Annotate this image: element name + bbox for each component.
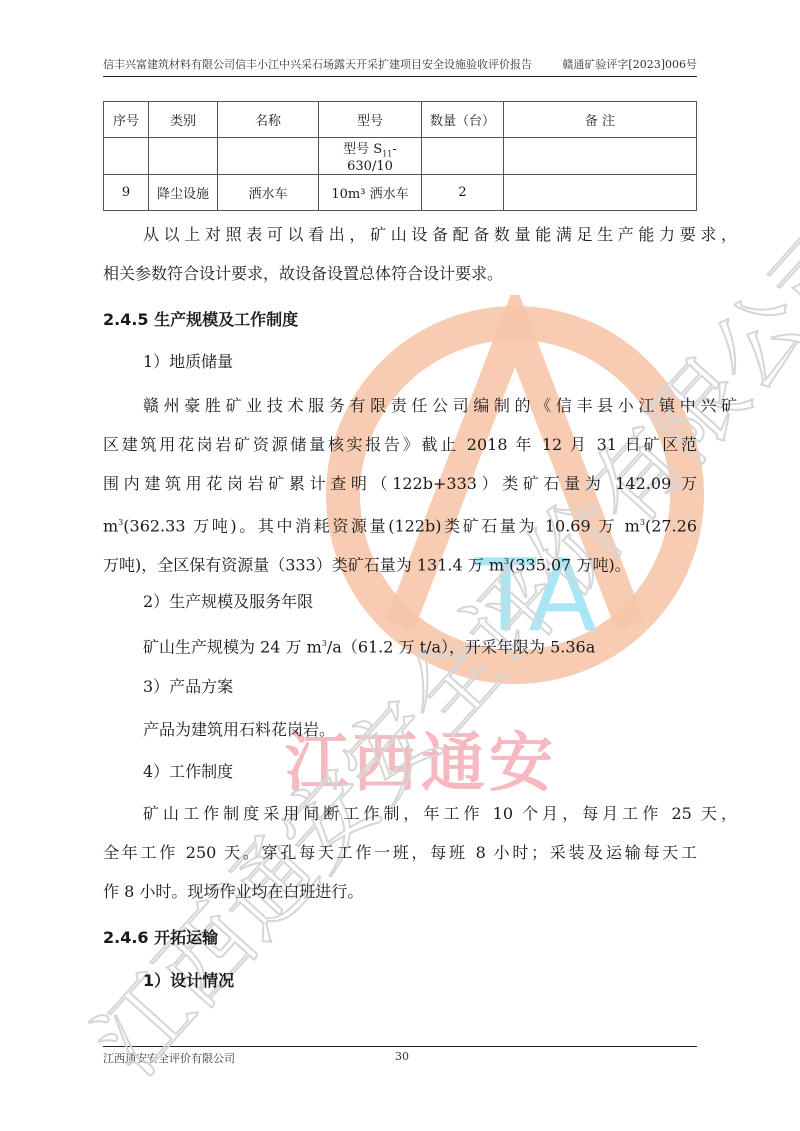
paragraph-line: 产品为建筑用石料花岗岩。	[103, 720, 737, 740]
col-header: 型号	[319, 102, 422, 138]
page-number: 30	[395, 1050, 409, 1063]
col-header: 名称	[218, 102, 319, 138]
model-prefix: 型号 S	[343, 142, 382, 157]
cell-note	[504, 174, 697, 210]
col-header: 数量（台）	[422, 102, 504, 138]
paragraph-line: 矿山生产规模为 24 万 m3/a（61.2 万 t/a），开采年限为 5.36…	[103, 634, 737, 657]
cell-model: 10m³ 洒水车	[319, 174, 422, 210]
subsection-title: 4）工作制度	[103, 762, 737, 782]
page-header: 信丰兴富建筑材料有限公司信丰小江中兴采石场露天开采扩建项目安全设施验收评价报告 …	[103, 52, 697, 77]
cell-qty: 2	[422, 174, 504, 210]
text: /a（61.2 万 t/a），开采年限为 5.36a	[327, 637, 595, 656]
cell-name: 洒水车	[218, 174, 319, 210]
footer-company: 江西通安安全评价有限公司	[103, 1052, 235, 1065]
col-header: 备 注	[504, 102, 697, 138]
paragraph-line: 万吨)，全区保有资源量（333）类矿石量为 131.4 万 m3(335.07 …	[103, 552, 697, 575]
paragraph-line: 矿山工作制度采用间断工作制，年工作 10 个月，每月工作 25 天，	[103, 804, 737, 824]
text: 矿山生产规模为 24 万 m	[143, 637, 322, 656]
equipment-table: 序号 类别 名称 型号 数量（台） 备 注 型号 S11-630/10 9 降尘…	[103, 101, 697, 211]
subsection-title: 1）地质储量	[103, 352, 737, 372]
paragraph-line: 作 8 小时。现场作业均在白班进行。	[103, 882, 697, 902]
cell-category: 降尘设施	[149, 174, 218, 210]
col-header: 序号	[104, 102, 149, 138]
paragraph-line: 赣州豪胜矿业技术服务有限责任公司编制的《信丰县小江镇中兴矿	[103, 396, 737, 416]
cell-no	[104, 138, 149, 175]
paragraph-line: 全年工作 250 天。穿孔每天工作一班，每班 8 小时；采装及运输每天工	[103, 843, 697, 863]
cell-model: 型号 S11-630/10	[319, 138, 422, 175]
subsection-title: 2）生产规模及服务年限	[103, 592, 737, 612]
report-title: 信丰兴富建筑材料有限公司信丰小江中兴采石场露天开采扩建项目安全设施验收评价报告	[103, 56, 532, 72]
text: (362.33 万吨)。其中消耗资源量(122b)类矿石量为 10.69 万 m	[123, 516, 640, 535]
paragraph-line: 相关参数符合设计要求，故设备设置总体符合设计要求。	[103, 264, 697, 284]
cell-name	[218, 138, 319, 175]
paragraph-line: 区建筑用花岗岩矿资源储量核实报告》截止 2018 年 12 月 31 日矿区范	[103, 435, 697, 455]
paragraph-line: m3(362.33 万吨)。其中消耗资源量(122b)类矿石量为 10.69 万…	[103, 513, 697, 536]
table-row: 9 降尘设施 洒水车 10m³ 洒水车 2	[104, 174, 697, 210]
doc-number: 赣通矿验评字[2023]006号	[562, 56, 697, 72]
cell-qty	[422, 138, 504, 175]
subsection-title: 3）产品方案	[103, 677, 737, 697]
text: m	[103, 516, 118, 535]
page-footer: 江西通安安全评价有限公司 30	[103, 1046, 697, 1066]
table-row: 型号 S11-630/10	[104, 138, 697, 175]
cell-note	[504, 138, 697, 175]
model-sub: 11	[382, 150, 392, 159]
text: (27.26	[645, 516, 697, 535]
paragraph-line: 从以上对照表可以看出，矿山设备配备数量能满足生产能力要求，	[103, 225, 737, 245]
subsection-title-bold: 1）设计情况	[103, 971, 737, 991]
col-header: 类别	[149, 102, 218, 138]
cell-category	[149, 138, 218, 175]
section-heading-2-4-6: 2.4.6 开拓运输	[103, 928, 697, 948]
section-heading-2-4-5: 2.4.5 生产规模及工作制度	[103, 310, 697, 330]
text: 万吨)，全区保有资源量（333）类矿石量为 131.4 万 m	[103, 555, 504, 574]
cell-no: 9	[104, 174, 149, 210]
text: (335.07 万吨)。	[509, 555, 631, 574]
table-header-row: 序号 类别 名称 型号 数量（台） 备 注	[104, 102, 697, 138]
paragraph-line: 围内建筑用花岗岩矿累计查明（122b+333）类矿石量为 142.09 万	[103, 474, 697, 494]
